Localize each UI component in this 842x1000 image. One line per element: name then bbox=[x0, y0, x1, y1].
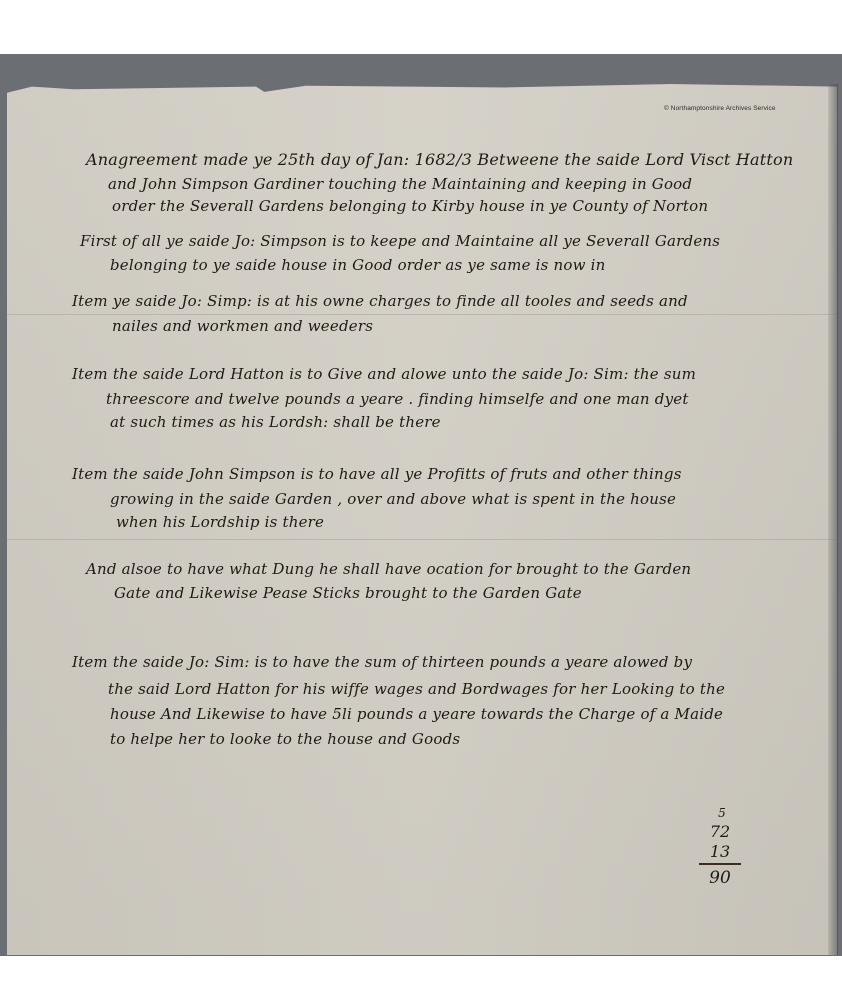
text-line: And alsoe to have what Dung he shall hav… bbox=[86, 560, 691, 578]
copyright-notice: © Northamptonshire Archives Service bbox=[664, 105, 776, 112]
sum-total: 90 bbox=[702, 868, 738, 888]
text-line: to helpe her to looke to the house and G… bbox=[110, 730, 460, 748]
text-line: Item the saide John Simpson is to have a… bbox=[72, 465, 682, 483]
text-line: house And Likewise to have 5li pounds a … bbox=[110, 705, 723, 723]
text-line: Anagreement made ye 25th day of Jan: 168… bbox=[86, 150, 793, 169]
text-line: when his Lordship is there bbox=[116, 513, 324, 531]
page-edge-shadow bbox=[828, 84, 838, 955]
text-line: order the Severall Gardens belonging to … bbox=[112, 197, 708, 215]
text-line: Gate and Likewise Pease Sticks brought t… bbox=[114, 584, 582, 602]
text-line: Item ye saide Jo: Simp: is at his owne c… bbox=[72, 292, 688, 310]
text-line: nailes and workmen and weeders bbox=[112, 317, 373, 335]
text-line: First of all ye saide Jo: Simpson is to … bbox=[80, 232, 720, 250]
text-line: the said Lord Hatton for his wiffe wages… bbox=[108, 680, 725, 698]
text-line: at such times as his Lordsh: shall be th… bbox=[110, 413, 441, 431]
sum-addend: 13 bbox=[704, 842, 736, 861]
text-line: belonging to ye saide house in Good orde… bbox=[110, 256, 605, 274]
sum-addend: 72 bbox=[704, 822, 736, 841]
text-line: Item the saide Lord Hatton is to Give an… bbox=[72, 365, 696, 383]
sum-rule bbox=[699, 863, 741, 865]
sum-addend: 5 bbox=[712, 806, 732, 820]
text-line: growing in the saide Garden , over and a… bbox=[110, 490, 676, 508]
text-line: Item the saide Jo: Sim: is to have the s… bbox=[72, 653, 692, 671]
text-line: and John Simpson Gardiner touching the M… bbox=[108, 175, 692, 193]
text-line: threescore and twelve pounds a yeare . f… bbox=[106, 390, 689, 408]
fold-line bbox=[7, 539, 837, 540]
fold-line bbox=[7, 314, 837, 315]
